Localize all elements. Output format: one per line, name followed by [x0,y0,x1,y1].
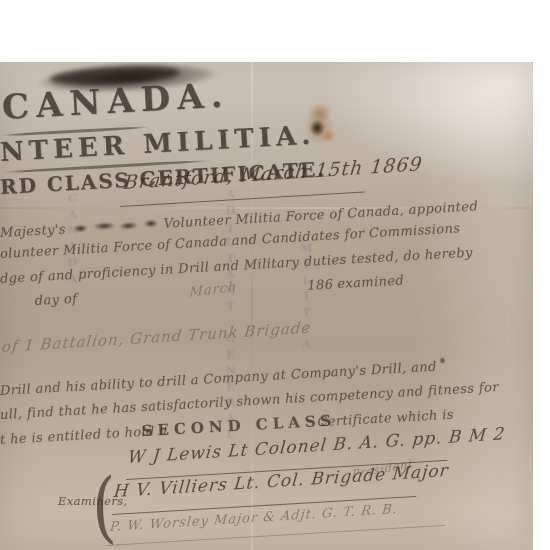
examiners-brace: ( [91,460,118,550]
handwritten-unit-line: of 1 Battalion, Grand Trunk Brigade [1,318,312,356]
certificate-photo: CANADA ADJUTANT GENERAL MILITIA CANADA. … [0,62,533,550]
body-line-4-month: March [189,280,237,301]
body-line-1-pre: Majesty's [0,222,66,241]
body-line-4-year: 186 [307,277,334,293]
body-line-4-day-of: day of [34,292,77,309]
ink-speck-icon [440,358,445,363]
screenshot-frame: CANADA ADJUTANT GENERAL MILITIA CANADA. … [0,0,550,550]
illegible-overstamp [72,218,158,234]
body-line-4-examined: examined [337,273,405,292]
entitle-post: Certificate which is [317,408,454,431]
